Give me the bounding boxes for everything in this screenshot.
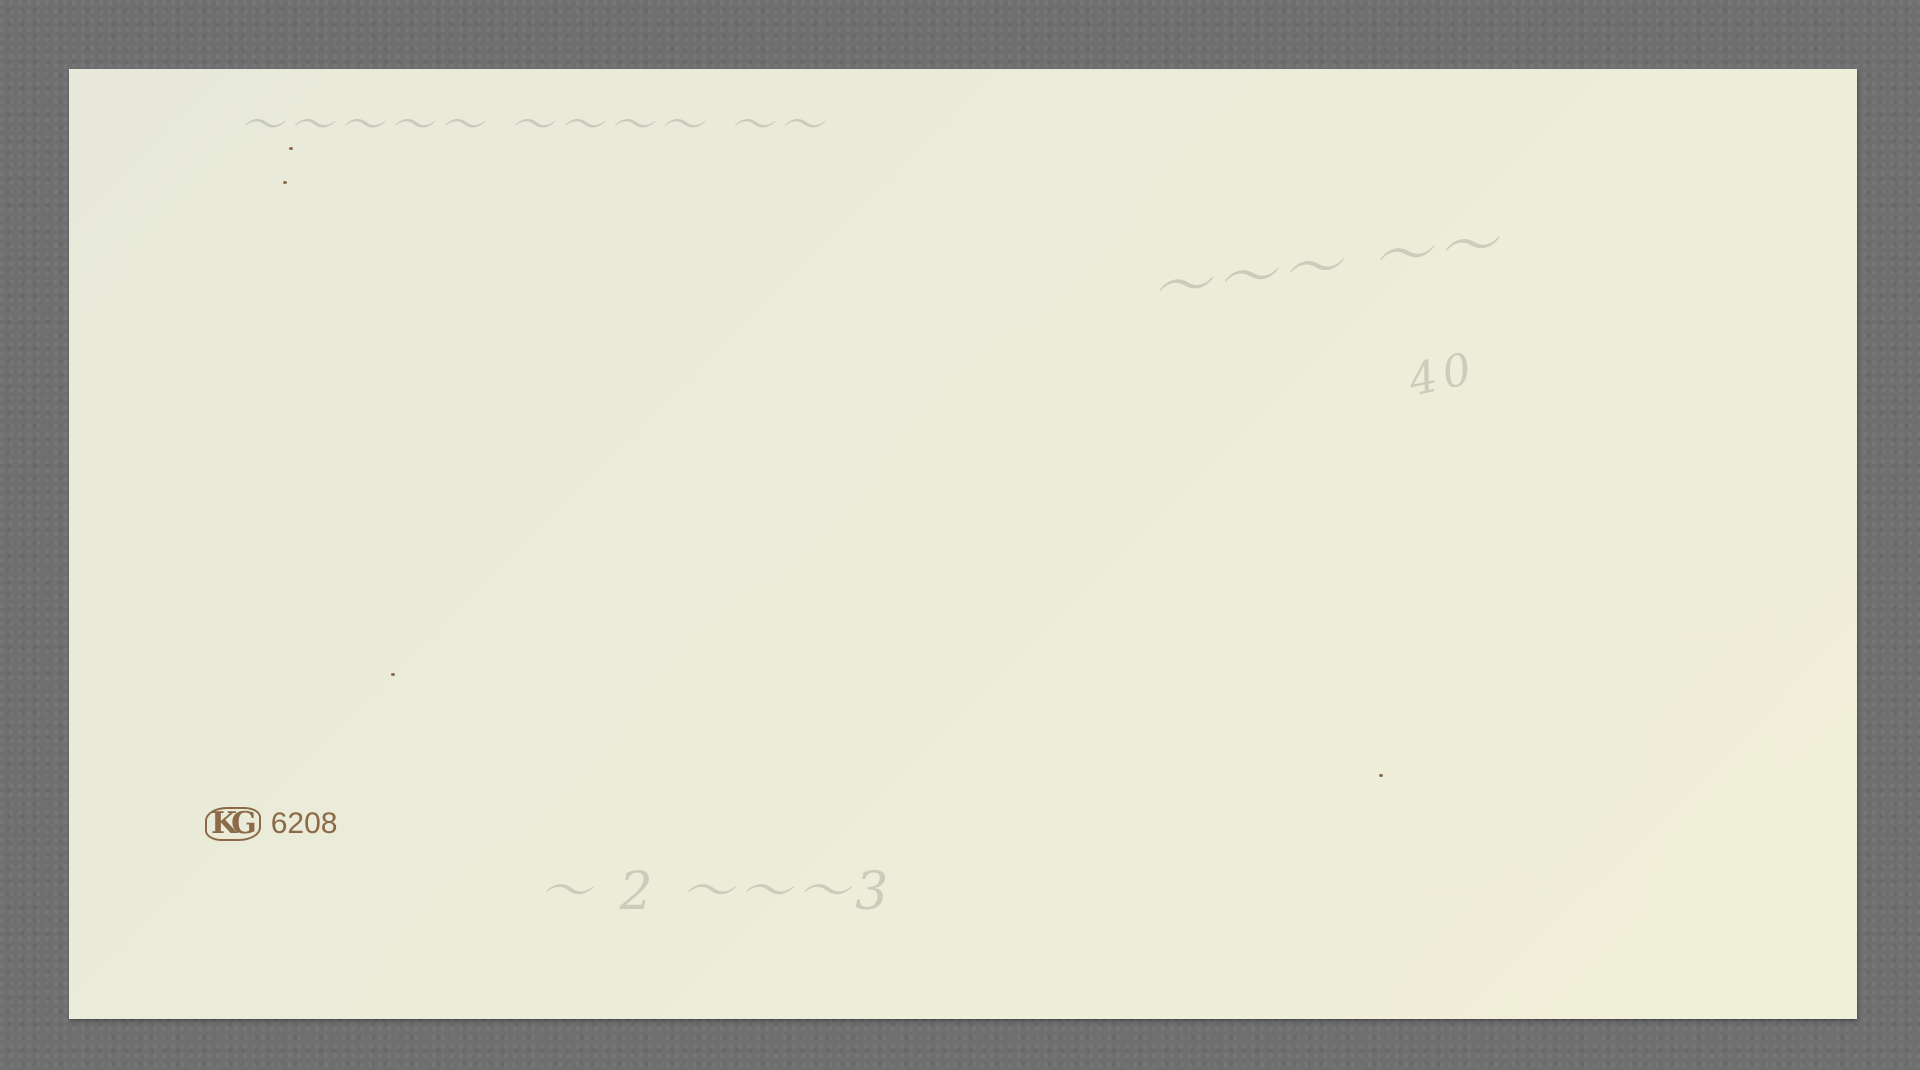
pencil-note-top: 〜〜〜〜〜 〜〜〜〜 〜〜 — [239, 89, 829, 153]
kg-monogram-icon: KG — [205, 807, 261, 841]
printed-catalog-mark: KG 6208 — [205, 807, 337, 841]
pencil-note-bottom: 〜 2 〜〜〜3 — [539, 849, 894, 924]
pencil-note-right: 〜〜〜 〜〜 — [1145, 195, 1509, 330]
pencil-note-right-small: 40 — [1404, 342, 1481, 406]
speck — [283, 181, 287, 184]
speck — [289, 147, 293, 150]
speck — [391, 673, 395, 676]
card: 〜〜〜〜〜 〜〜〜〜 〜〜 〜〜〜 〜〜 40 〜 2 〜〜〜3 KG 6208 — [69, 69, 1857, 1019]
speck — [1379, 774, 1383, 777]
catalog-number: 6208 — [271, 807, 338, 841]
